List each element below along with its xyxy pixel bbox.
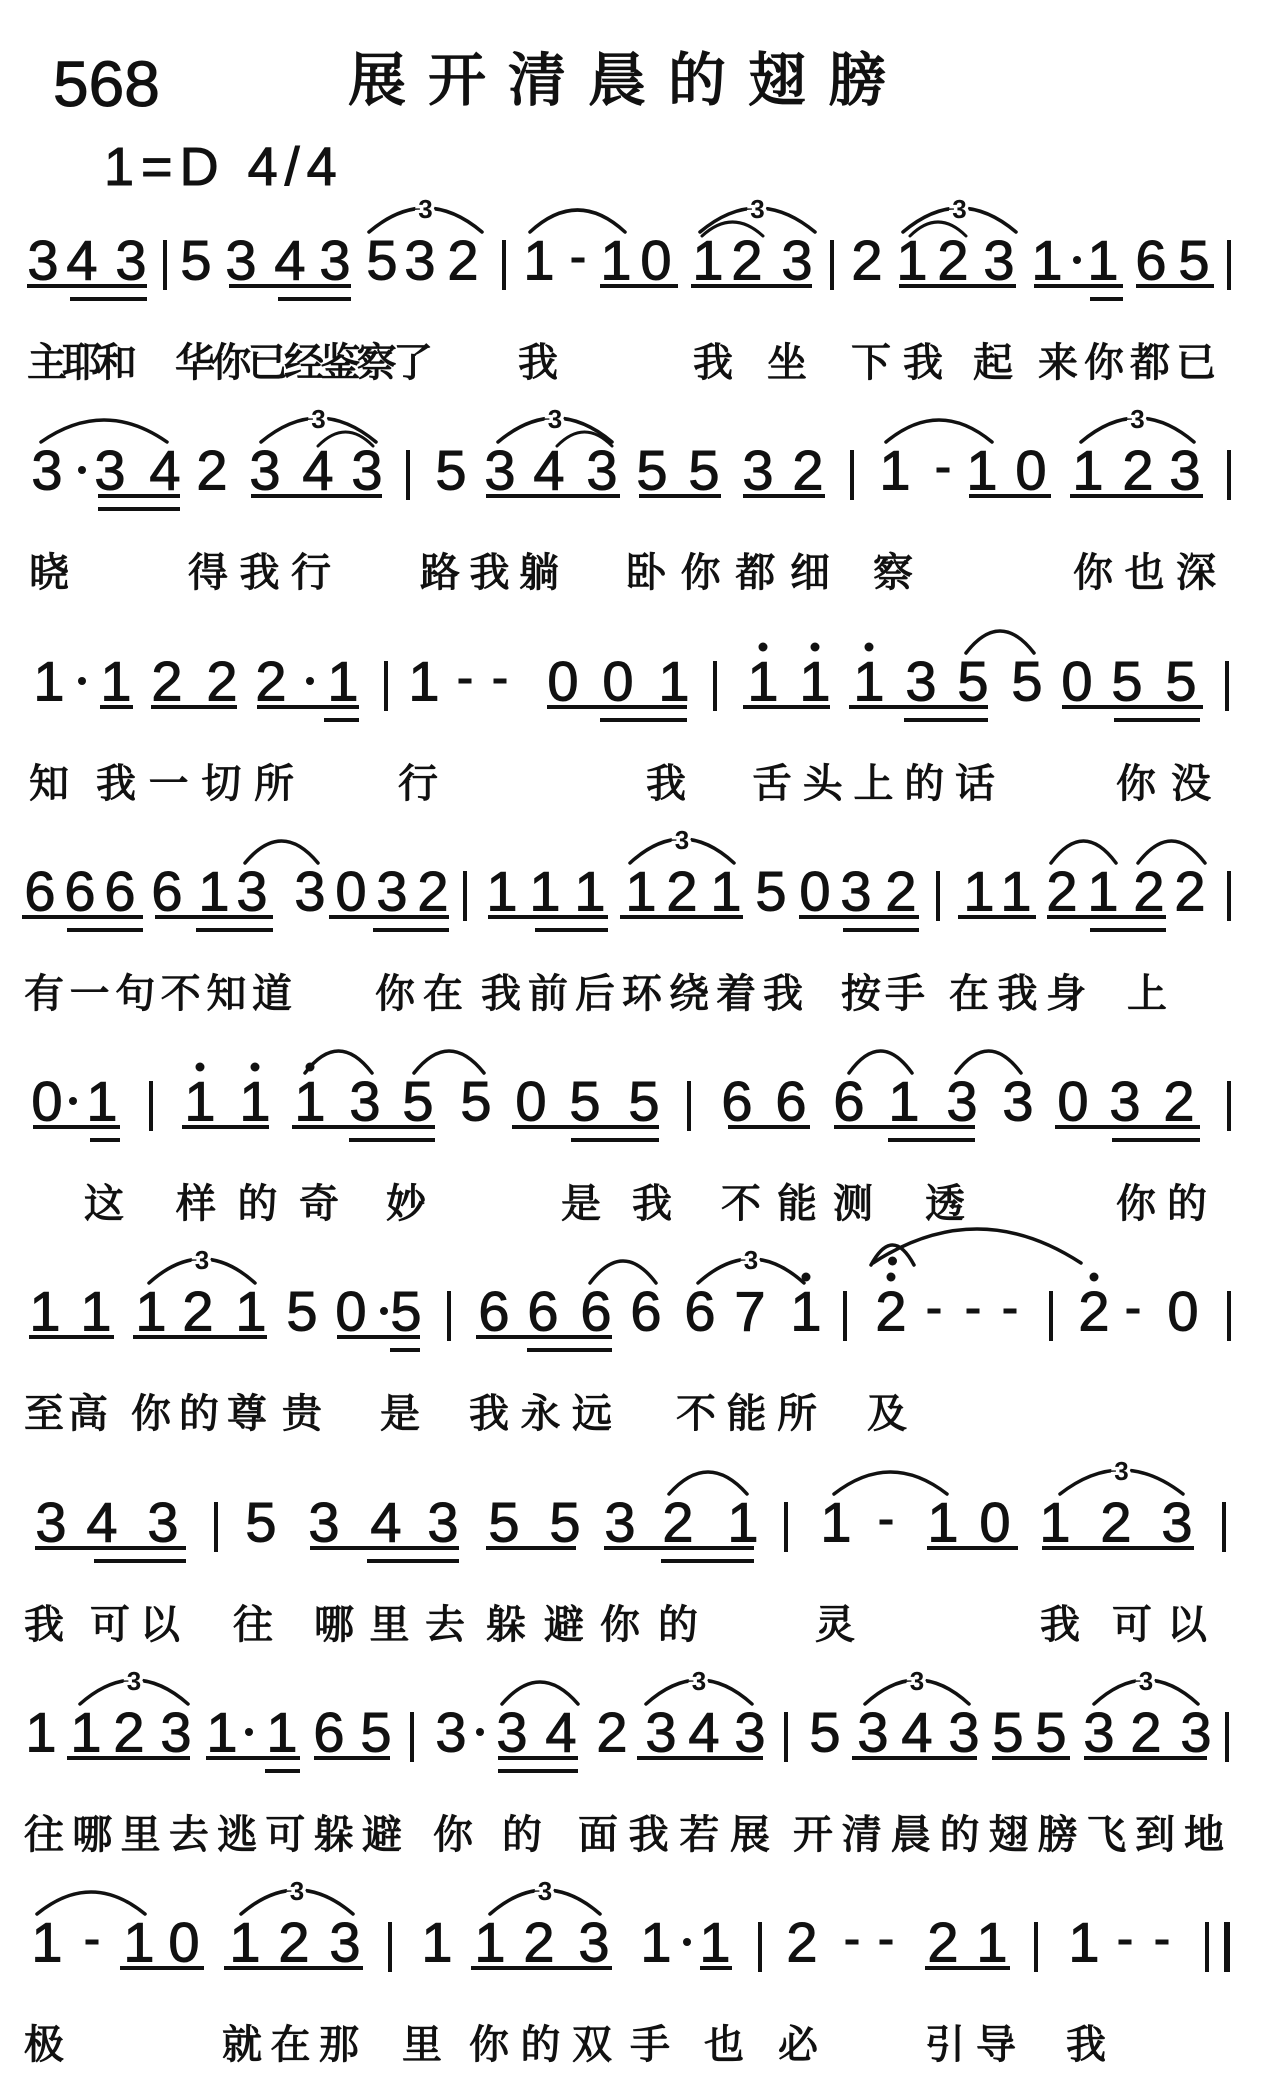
note: 1: [1072, 443, 1103, 499]
triplet-number: 3: [750, 194, 764, 224]
lyric-text: 坐: [767, 341, 807, 385]
note: 6: [313, 1705, 344, 1761]
beam-underline: [100, 705, 133, 709]
song-title: 展开清晨的翅膀: [348, 51, 908, 109]
note: 1: [625, 864, 656, 920]
barline: [784, 1712, 788, 1762]
note: 6: [104, 864, 135, 920]
beam-underline-second: [265, 1769, 300, 1773]
note: 3: [94, 443, 125, 499]
rest-note: 0: [335, 864, 366, 920]
sustain-dash: -: [937, 468, 950, 473]
beam-underline-second: [324, 718, 359, 722]
note: 1: [747, 654, 778, 710]
note: 1: [799, 654, 830, 710]
rest-note: 0: [31, 1074, 62, 1130]
sustain-dash: -: [86, 1940, 99, 1945]
note: 1: [198, 864, 229, 920]
beam-underline-second: [571, 1138, 659, 1142]
beam-underline: [927, 1546, 1018, 1550]
augmentation-dot: ·: [1073, 256, 1081, 264]
note: 2: [151, 654, 182, 710]
beam-underline: [849, 705, 988, 709]
note: 4: [688, 1705, 719, 1761]
beam-underline-second: [349, 1138, 435, 1142]
beam-underline: [224, 1966, 363, 1970]
note: 3: [983, 233, 1014, 289]
note: 1: [86, 1074, 117, 1130]
rest-note: 0: [547, 654, 578, 710]
note: 1: [523, 233, 554, 289]
lyric-text: 往哪里去逃可躲避: [24, 1813, 410, 1857]
beam-underline: [600, 284, 678, 288]
note: 2: [666, 864, 697, 920]
note: 3: [351, 443, 382, 499]
note: 3: [946, 1074, 977, 1130]
rest-note: 0: [515, 1074, 546, 1130]
lyric-text: 下我: [851, 341, 955, 385]
sustain-dash: -: [928, 1309, 941, 1314]
note: 1: [31, 1915, 62, 1971]
lyric-text: 样的奇: [176, 1182, 361, 1226]
beam-underline: [310, 1546, 459, 1550]
note: 5: [390, 1284, 421, 1340]
note: 4: [66, 233, 97, 289]
note: 6: [478, 1284, 509, 1340]
sustain-dash: -: [1119, 1940, 1132, 1945]
note: 5: [1035, 1705, 1066, 1761]
lyric-text: 有一句不知道: [24, 972, 298, 1016]
sustain-dash: -: [494, 679, 507, 684]
note: 1: [600, 233, 631, 289]
beam-underline: [329, 915, 449, 919]
beam-underline: [292, 1125, 435, 1129]
lyric-text: 可以: [1112, 1603, 1222, 1647]
beam-underline: [728, 1125, 810, 1129]
sustain-dash: -: [1004, 1309, 1017, 1314]
beam-underline-second: [94, 1559, 186, 1563]
note: 3: [115, 233, 146, 289]
lyric-text: 的: [502, 1813, 542, 1857]
note: 2: [1078, 1284, 1109, 1340]
note: 3: [742, 443, 773, 499]
lyric-text: 极: [24, 2023, 64, 2067]
beam-underline: [98, 494, 180, 498]
note: 5: [755, 864, 786, 920]
note: 2: [851, 233, 882, 289]
long-tie-arc: [873, 1229, 1081, 1263]
rest-note: 0: [602, 654, 633, 710]
barline: [843, 1291, 847, 1341]
beam-underline: [251, 494, 382, 498]
lyric-text: 你: [433, 1813, 473, 1857]
lyric-text: 你没: [1116, 762, 1226, 806]
sustain-dash: -: [572, 258, 585, 263]
note: 4: [370, 1495, 401, 1551]
note: 1: [29, 1284, 60, 1340]
note: 1: [486, 864, 517, 920]
note: 5: [569, 1074, 600, 1130]
augmentation-dot: ·: [380, 1307, 388, 1315]
beam-underline: [155, 915, 273, 919]
barline: [1227, 1081, 1231, 1131]
note: 2: [875, 1284, 906, 1340]
note: 2: [278, 1915, 309, 1971]
note: 7: [734, 1284, 765, 1340]
rest-note: 0: [1167, 1284, 1198, 1340]
beam-underline: [151, 705, 237, 709]
beam-underline: [639, 494, 721, 498]
note: 2: [1046, 864, 1077, 920]
barline: [1049, 1291, 1053, 1341]
note: 2: [662, 1495, 693, 1551]
barline: [850, 450, 854, 500]
lyric-text: 按手: [841, 972, 929, 1016]
sustain-dash: -: [1156, 1940, 1169, 1945]
lyric-text: 舌头上的话: [752, 762, 1006, 806]
note: 3: [857, 1705, 888, 1761]
note: 1: [123, 1915, 154, 1971]
note: 5: [1178, 233, 1209, 289]
beam-underline: [637, 1756, 763, 1760]
barline: [687, 1081, 691, 1131]
note: 2: [206, 654, 237, 710]
note: 1: [963, 864, 994, 920]
note: 3: [349, 1074, 380, 1130]
beam-underline: [1136, 284, 1214, 288]
lyric-text: 我: [24, 1603, 64, 1647]
note: 2: [255, 654, 286, 710]
lyric-text: 我前后环绕着我: [481, 972, 810, 1016]
triplet-number: 3: [692, 1666, 706, 1696]
note: 1: [474, 1915, 505, 1971]
note: 3: [225, 233, 256, 289]
lyric-text: 躲避: [486, 1603, 602, 1647]
note: 1: [727, 1495, 758, 1551]
note: 2: [1130, 1705, 1161, 1761]
barline: [149, 1081, 153, 1131]
note: 6: [630, 1284, 661, 1340]
note: 6: [721, 1074, 752, 1130]
note: 4: [302, 443, 333, 499]
note: 1: [206, 1705, 237, 1761]
note: 1: [1087, 864, 1118, 920]
note: 1: [80, 1284, 111, 1340]
note: 5: [286, 1284, 317, 1340]
beam-underline: [476, 1335, 612, 1339]
note: 6: [684, 1284, 715, 1340]
augmentation-dot: ·: [306, 677, 314, 685]
slur-layer: 3333333333333333: [0, 0, 1280, 2082]
barline: [830, 240, 834, 290]
augmentation-dot: ·: [78, 677, 86, 685]
note: 3: [319, 233, 350, 289]
note: 3: [249, 443, 280, 499]
note: 4: [533, 443, 564, 499]
note: 4: [901, 1705, 932, 1761]
rest-note: 0: [168, 1915, 199, 1971]
lyric-text: 我: [518, 341, 558, 385]
beam-underline: [852, 1756, 977, 1760]
note: 5: [809, 1705, 840, 1761]
beam-underline: [257, 705, 359, 709]
octave-dot-above: [306, 1063, 315, 1072]
rest-note: 0: [335, 1284, 366, 1340]
note: 5: [180, 233, 211, 289]
beam-underline: [314, 1756, 390, 1760]
beam-underline-second: [367, 1559, 459, 1563]
lyric-text: 上: [1127, 972, 1167, 1016]
note: 3: [840, 864, 871, 920]
note: 2: [196, 443, 227, 499]
final-barline-thin: [1205, 1922, 1209, 1972]
lyric-text: 可以: [90, 1603, 190, 1647]
note: 4: [274, 233, 305, 289]
note: 3: [1109, 1074, 1140, 1130]
note: 1: [229, 1915, 260, 1971]
note: 2: [113, 1705, 144, 1761]
rest-note: 0: [1057, 1074, 1088, 1130]
note: 6: [64, 864, 95, 920]
lyric-text: 是我: [561, 1182, 703, 1226]
note: 4: [149, 443, 180, 499]
lyric-text: 不能测: [721, 1182, 889, 1226]
barline: [1222, 1502, 1226, 1552]
lyric-text: 你也深: [1073, 551, 1228, 595]
beam-underline: [27, 284, 147, 288]
note: 1: [976, 1915, 1007, 1971]
fermata-arc: [871, 1245, 914, 1265]
rest-note: 0: [799, 864, 830, 920]
beam-underline: [486, 494, 620, 498]
note: 3: [1002, 1074, 1033, 1130]
note: 1: [25, 1705, 56, 1761]
beam-underline: [743, 494, 825, 498]
lyric-text: 华你已经鉴察了: [175, 341, 429, 385]
note: 3: [35, 1495, 66, 1551]
note: 1: [294, 1074, 325, 1130]
lyric-text: 来你都已: [1038, 341, 1222, 385]
rest-note: 0: [640, 233, 671, 289]
note: 1: [266, 1705, 297, 1761]
lyric-text: 你的: [1116, 1182, 1218, 1226]
octave-dot-above: [251, 1063, 260, 1072]
note: 3: [294, 864, 325, 920]
sustain-dash: -: [967, 1309, 980, 1314]
sustain-dash: -: [1127, 1309, 1140, 1314]
beam-underline: [229, 284, 351, 288]
note: 3: [404, 233, 435, 289]
triplet-number: 3: [195, 1245, 209, 1275]
note: 1: [896, 233, 927, 289]
note: 5: [549, 1495, 580, 1551]
note: 1: [529, 864, 560, 920]
note: 1: [888, 1074, 919, 1130]
note: 6: [151, 864, 182, 920]
lyric-text: 妙: [386, 1182, 426, 1226]
note: 2: [1163, 1074, 1194, 1130]
note: 3: [645, 1705, 676, 1761]
barline: [1227, 871, 1231, 921]
note: 3: [1083, 1705, 1114, 1761]
beam-underline: [512, 1125, 659, 1129]
triplet-number: 3: [675, 825, 689, 855]
beam-underline-second: [67, 928, 143, 932]
triplet-number: 3: [290, 1876, 304, 1906]
octave-dot-above: [802, 1273, 811, 1282]
triplet-number: 3: [952, 194, 966, 224]
barline: [936, 871, 940, 921]
note: 1: [853, 654, 884, 710]
beam-underline-second: [1112, 1138, 1200, 1142]
note: 3: [578, 1915, 609, 1971]
note: 6: [775, 1074, 806, 1130]
note: 3: [484, 443, 515, 499]
beam-underline-second: [843, 928, 919, 932]
note: 3: [781, 233, 812, 289]
beam-underline: [799, 915, 919, 919]
barline: [163, 240, 167, 290]
augmentation-dot: ·: [683, 1938, 691, 1946]
beam-underline-second: [600, 718, 687, 722]
beam-underline-second: [535, 928, 608, 932]
lyric-text: 你的尊: [131, 1392, 275, 1436]
beam-underline: [743, 705, 830, 709]
lyric-text: 我: [1040, 1603, 1080, 1647]
octave-dot-above: [196, 1063, 205, 1072]
triplet-number: 3: [910, 1666, 924, 1696]
beam-underline: [925, 1966, 1010, 1970]
note: 4: [86, 1495, 117, 1551]
augmentation-dot: ·: [78, 466, 86, 474]
note: 2: [523, 1915, 554, 1971]
note: 5: [992, 1705, 1023, 1761]
beam-underline: [498, 1756, 578, 1760]
note: 1: [574, 864, 605, 920]
lyric-text: 面我若展: [578, 1813, 781, 1857]
barline: [447, 1291, 451, 1341]
note: 5: [245, 1495, 276, 1551]
octave-dot-above: [887, 1273, 896, 1282]
note: 3: [1169, 443, 1200, 499]
beam-underline-second: [390, 1348, 420, 1352]
lyric-text: 这: [84, 1182, 124, 1226]
beam-underline: [1062, 705, 1203, 709]
beam-underline: [67, 1756, 190, 1760]
beam-underline: [337, 1335, 420, 1339]
beam-underline: [1034, 284, 1123, 288]
lyric-text: 我: [693, 341, 733, 385]
note: 5: [460, 1074, 491, 1130]
note: 3: [586, 443, 617, 499]
lyric-text: 我: [646, 762, 686, 806]
rest-note: 0: [1061, 654, 1092, 710]
note: 5: [1011, 654, 1042, 710]
beam-underline-second: [278, 297, 351, 301]
lyric-text: 就在那: [222, 2023, 368, 2067]
note: 1: [1087, 233, 1118, 289]
triplet-number: 3: [127, 1666, 141, 1696]
note: 1: [790, 1284, 821, 1340]
barline: [502, 240, 506, 290]
barline: [758, 1922, 762, 1972]
note: 1: [1000, 864, 1031, 920]
lyric-text: 在我身: [949, 972, 1095, 1016]
note: 2: [182, 1284, 213, 1340]
beam-underline: [1070, 494, 1203, 498]
lyric-text: 必: [778, 2023, 818, 2067]
triplet-number: 3: [744, 1245, 758, 1275]
note: 2: [417, 864, 448, 920]
lyric-text: 我永远: [469, 1392, 624, 1436]
lyric-text: 你的双: [469, 2023, 624, 2067]
note: 5: [688, 443, 719, 499]
note: 6: [1135, 233, 1166, 289]
note: 1: [1039, 1495, 1070, 1551]
beam-underline: [22, 915, 143, 919]
note: 5: [435, 443, 466, 499]
note: 3: [147, 1495, 178, 1551]
note: 3: [496, 1705, 527, 1761]
note: 5: [360, 1705, 391, 1761]
beam-underline: [969, 494, 1051, 498]
lyric-text: 起: [973, 341, 1013, 385]
beam-underline: [1042, 1546, 1194, 1550]
beam-underline: [700, 1966, 732, 1970]
barline: [1225, 661, 1229, 711]
triplet-number: 3: [311, 404, 325, 434]
beam-underline: [1055, 1125, 1200, 1129]
sustain-dash: -: [459, 679, 472, 684]
lyric-text: 哪里去: [314, 1603, 481, 1647]
note: 1: [135, 1284, 166, 1340]
beam-underline: [1047, 915, 1166, 919]
note: 1: [70, 1705, 101, 1761]
note: 3: [27, 233, 58, 289]
note: 2: [786, 1915, 817, 1971]
lyric-text: 我一切所: [96, 762, 307, 806]
lyric-text: 行: [398, 762, 438, 806]
lyric-text: 你在: [375, 972, 471, 1016]
lyric-text: 开清晨的翅膀飞到地: [793, 1813, 1233, 1857]
beam-underline-second: [70, 297, 147, 301]
beam-underline-second: [888, 1138, 975, 1142]
beam-underline: [471, 1966, 612, 1970]
lyric-text: 卧你都细: [626, 551, 845, 595]
note: 1: [966, 443, 997, 499]
note: 1: [710, 864, 741, 920]
barline: [1034, 1922, 1038, 1972]
note: 3: [308, 1495, 339, 1551]
note: 1: [235, 1284, 266, 1340]
note: 1: [327, 654, 358, 710]
beam-underline: [120, 1966, 204, 1970]
note: 2: [1100, 1495, 1131, 1551]
triplet-number: 3: [1130, 404, 1144, 434]
lyric-text: 我: [1066, 2023, 1106, 2067]
beam-underline: [691, 284, 812, 288]
note: 2: [1122, 443, 1153, 499]
barline: [784, 1502, 788, 1552]
barline: [388, 1922, 392, 1972]
beam-underline-second: [527, 1348, 612, 1352]
note: 6: [24, 864, 55, 920]
octave-dot-above: [759, 643, 768, 652]
barline: [713, 661, 717, 711]
beam-underline-second: [1114, 718, 1200, 722]
barline: [384, 661, 388, 711]
lyric-text: 至高: [24, 1392, 112, 1436]
